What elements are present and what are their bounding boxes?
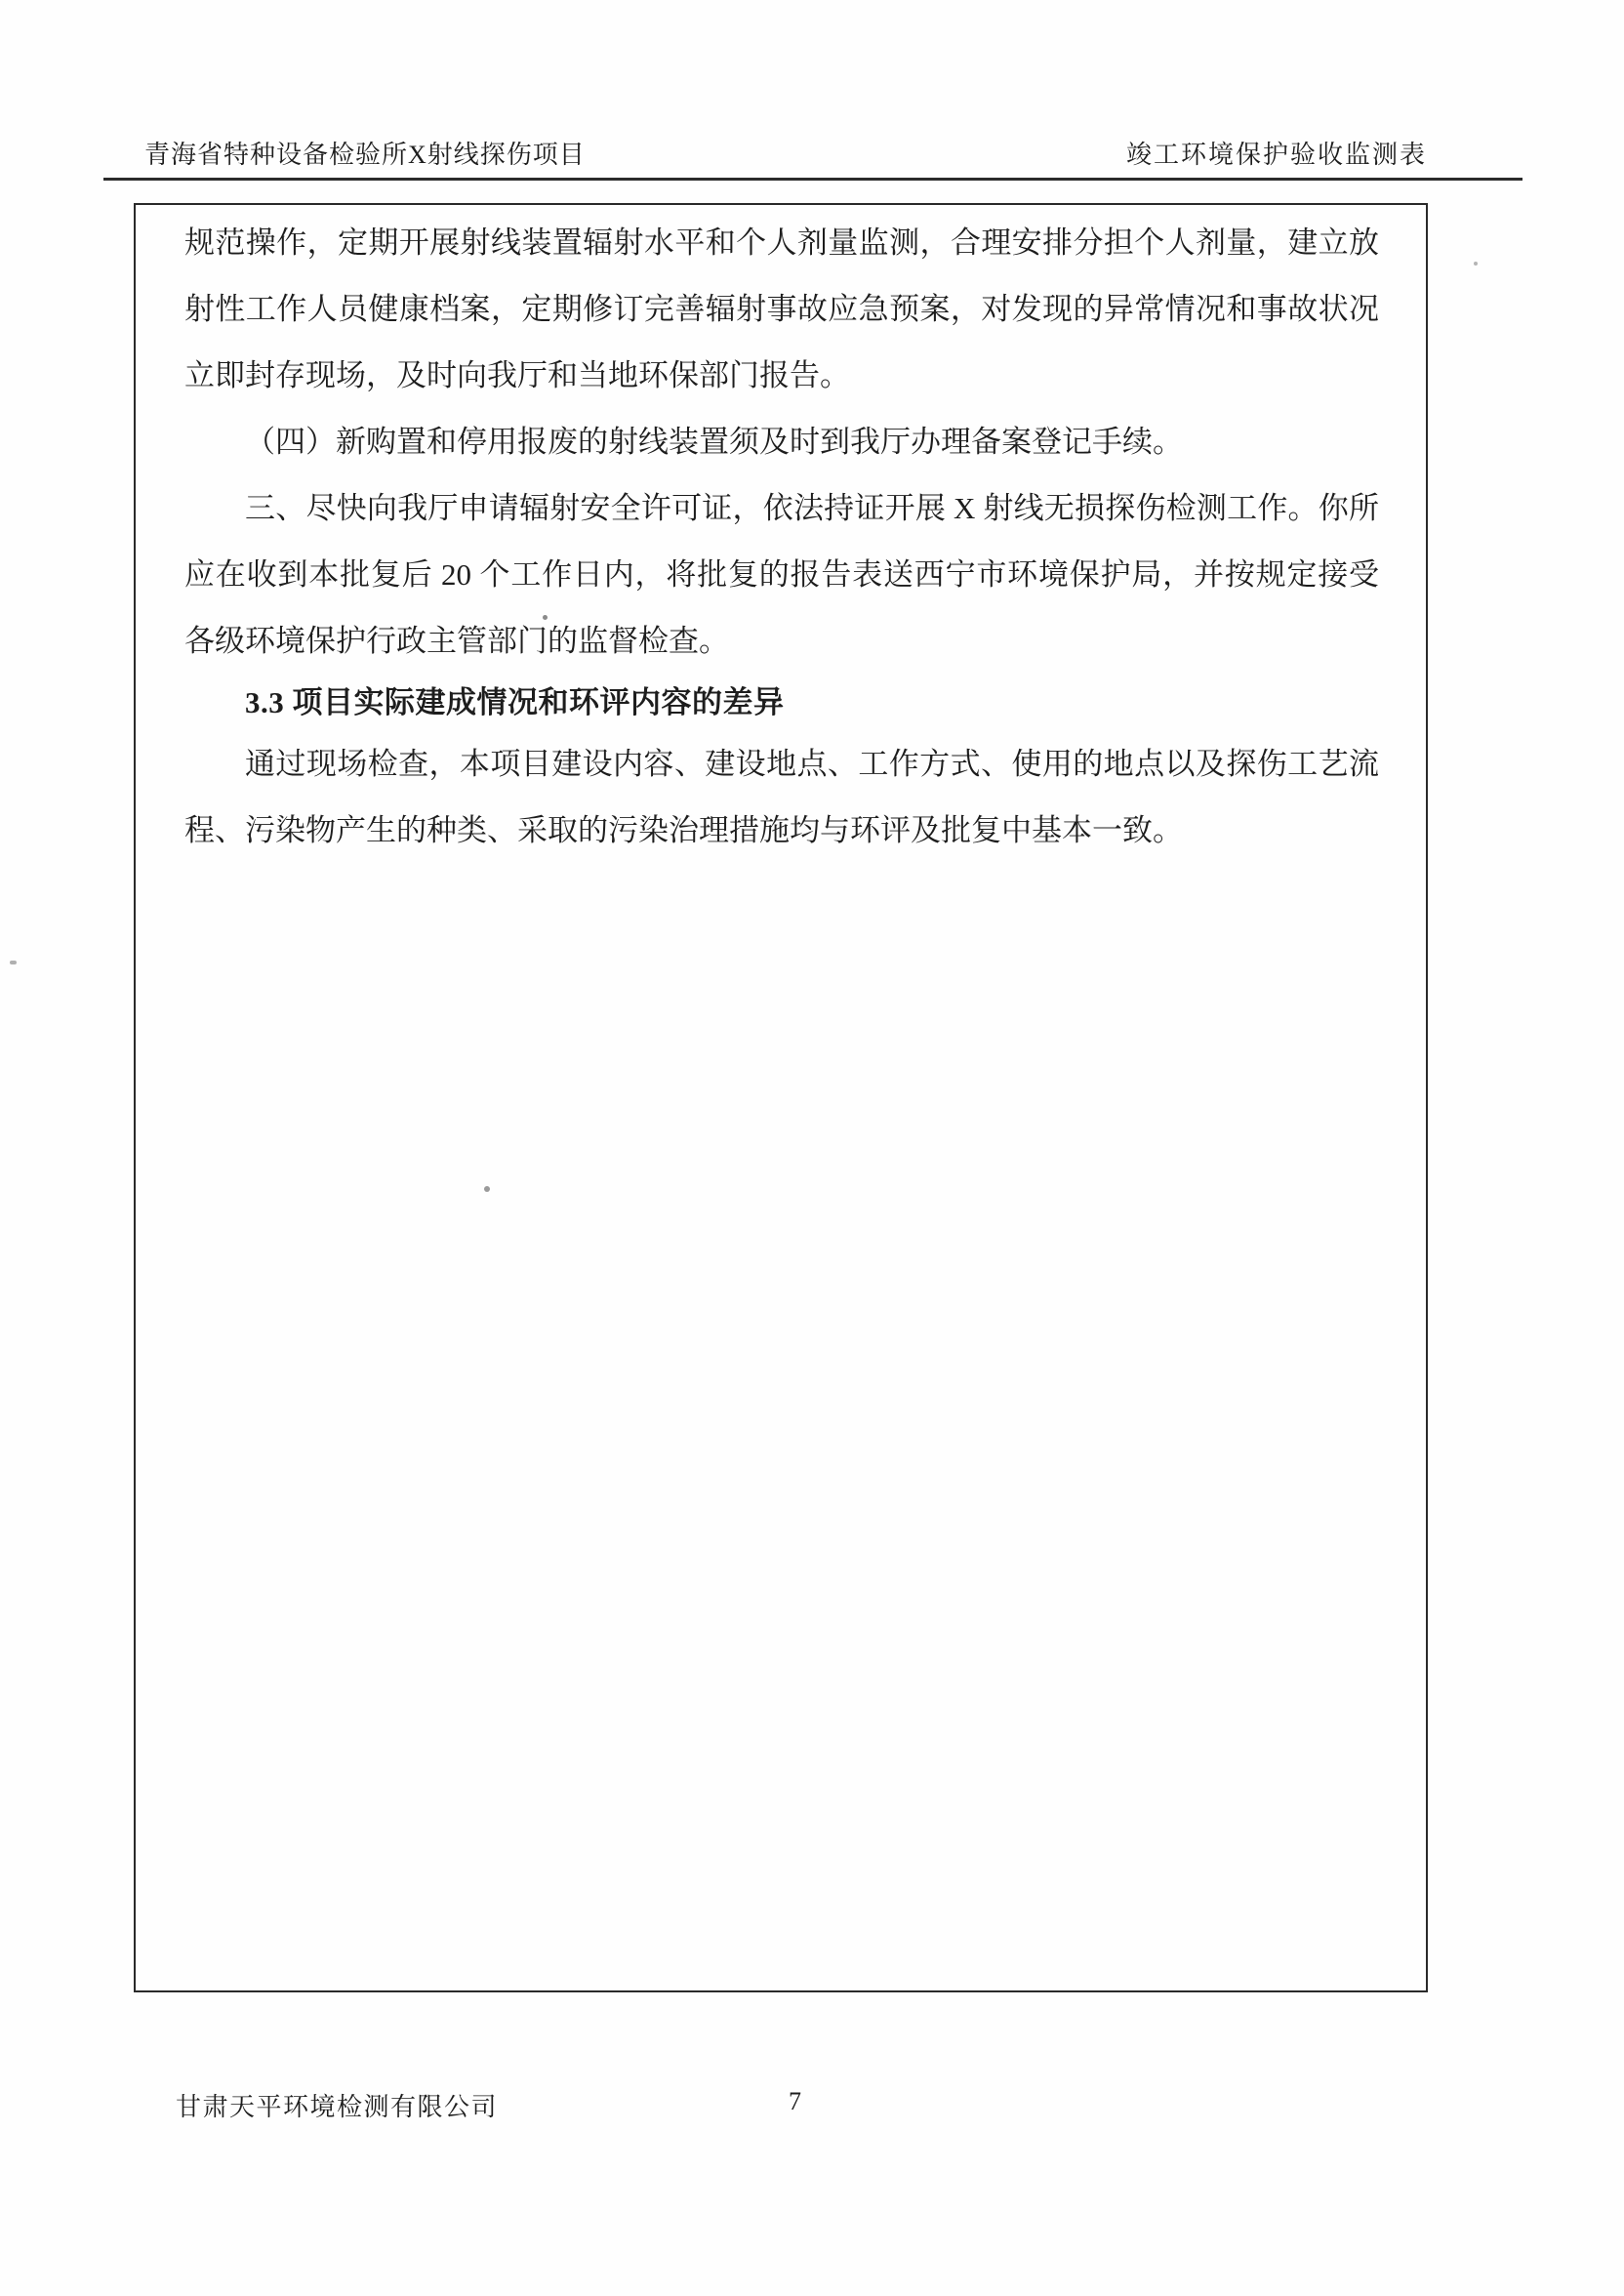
section-heading-3-3: 3.3 项目实际建成情况和环评内容的差异 <box>184 675 1379 731</box>
header-document-type: 竣工环境保护验收监测表 <box>1126 135 1427 171</box>
scan-speck <box>543 615 548 620</box>
paragraph-site-inspection: 通过现场检查，本项目建设内容、建设地点、工作方式、使用的地点以及探伤工艺流程、污… <box>184 731 1379 864</box>
page-header: 青海省特种设备检验所X射线探伤项目 竣工环境保护验收监测表 <box>103 135 1522 181</box>
scan-speck <box>484 1186 490 1192</box>
paragraph-item-three: 三、尽快向我厅申请辐射安全许可证，依法持证开展 X 射线无损探伤检测工作。你所应… <box>184 475 1379 675</box>
document-page: 青海省特种设备检验所X射线探伤项目 竣工环境保护验收监测表 规范操作，定期开展射… <box>0 0 1624 2296</box>
page-footer: 甘肃天平环境检测有限公司 7 <box>176 2087 1444 2123</box>
page-number: 7 <box>789 2087 801 2116</box>
footer-company-name: 甘肃天平环境检测有限公司 <box>176 2093 498 2121</box>
scan-speck <box>10 961 17 964</box>
paragraph-item-four: （四）新购置和停用报废的射线装置须及时到我厅办理备案登记手续。 <box>184 409 1379 475</box>
header-project-title: 青海省特种设备检验所X射线探伤项目 <box>144 135 586 171</box>
content-box: 规范操作，定期开展射线装置辐射水平和个人剂量监测，合理安排分担个人剂量，建立放射… <box>134 203 1428 1992</box>
scan-speck <box>1474 262 1478 266</box>
paragraph-continuation: 规范操作，定期开展射线装置辐射水平和个人剂量监测，合理安排分担个人剂量，建立放射… <box>184 210 1379 409</box>
